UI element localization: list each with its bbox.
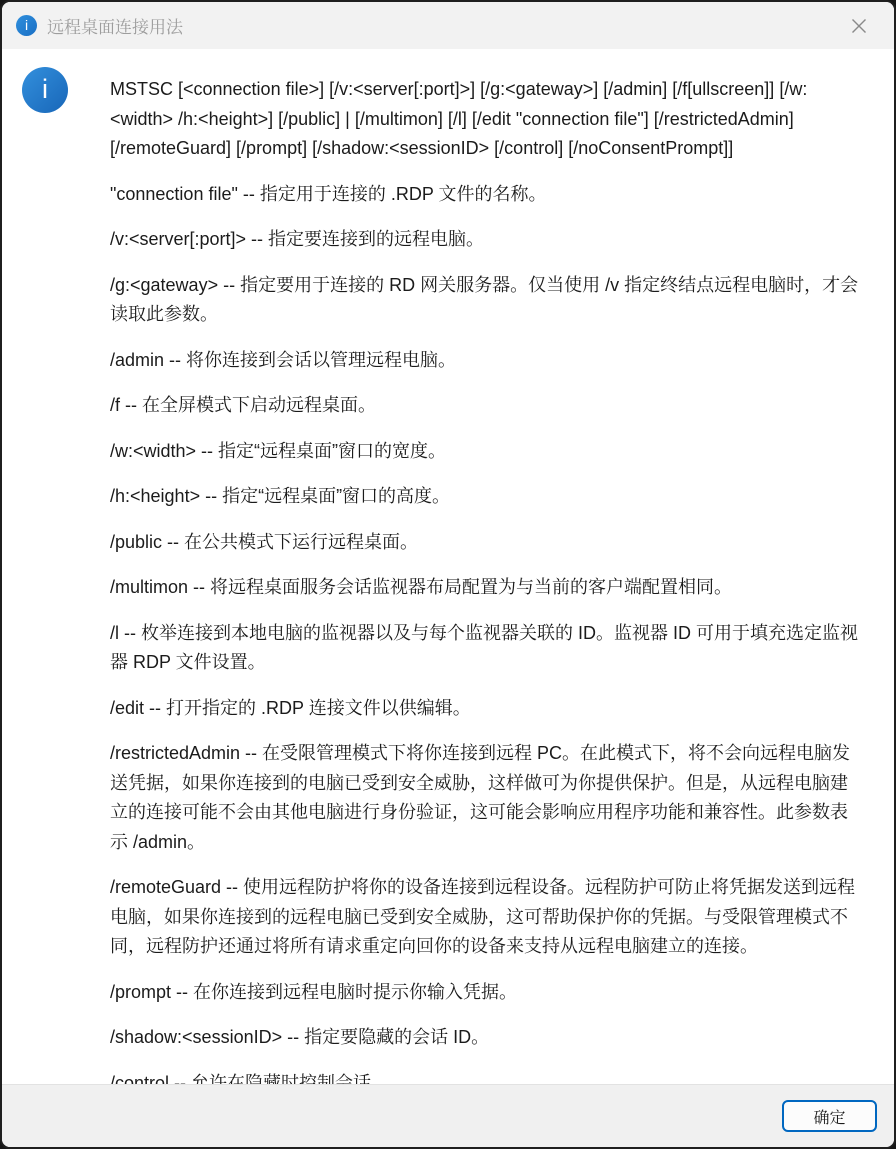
parameter-description: /edit -- 打开指定的 .RDP 连接文件以供编辑。 (110, 694, 864, 724)
titlebar: i 远程桌面连接用法 (2, 2, 894, 49)
close-button[interactable] (830, 2, 888, 49)
footer: 确定 (2, 1084, 894, 1147)
dialog-body: i MSTSC [<connection file>] [/v:<server[… (2, 49, 894, 1084)
parameter-description: /h:<height> -- 指定“远程桌面”窗口的高度。 (110, 482, 864, 512)
parameter-description: /remoteGuard -- 使用远程防护将你的设备连接到远程设备。远程防护可… (110, 873, 864, 962)
parameter-description: /multimon -- 将远程桌面服务会话监视器布局配置为与当前的客户端配置相… (110, 573, 864, 603)
parameter-description: /g:<gateway> -- 指定要用于连接的 RD 网关服务器。仅当使用 /… (110, 271, 864, 330)
parameter-description: /shadow:<sessionID> -- 指定要隐藏的会话 ID。 (110, 1023, 864, 1053)
parameter-description: /restrictedAdmin -- 在受限管理模式下将你连接到远程 PC。在… (110, 739, 864, 857)
dialog-window: i 远程桌面连接用法 i MSTSC [<connection file>] [… (0, 0, 896, 1149)
close-icon (851, 18, 867, 34)
parameter-description: /control -- 允许在隐藏时控制会话。 (110, 1069, 864, 1085)
parameter-description: /v:<server[:port]> -- 指定要连接到的远程电脑。 (110, 225, 864, 255)
info-icon-small: i (16, 15, 37, 36)
parameter-description: /prompt -- 在你连接到远程电脑时提示你输入凭据。 (110, 978, 864, 1008)
parameter-description: /public -- 在公共模式下运行远程桌面。 (110, 528, 864, 558)
parameter-description: "connection file" -- 指定用于连接的 .RDP 文件的名称。 (110, 180, 864, 210)
parameter-description: /f -- 在全屏模式下启动远程桌面。 (110, 391, 864, 421)
parameter-description: /l -- 枚举连接到本地电脑的监视器以及与每个监视器关联的 ID。监视器 ID… (110, 619, 864, 678)
usage-syntax: MSTSC [<connection file>] [/v:<server[:p… (110, 75, 864, 164)
window-title: 远程桌面连接用法 (47, 13, 183, 38)
parameter-list: "connection file" -- 指定用于连接的 .RDP 文件的名称。… (110, 180, 864, 1085)
parameter-description: /w:<width> -- 指定“远程桌面”窗口的宽度。 (110, 437, 864, 467)
info-icon: i (22, 67, 68, 113)
ok-button[interactable]: 确定 (782, 1100, 877, 1132)
help-text: MSTSC [<connection file>] [/v:<server[:p… (2, 49, 894, 1084)
parameter-description: /admin -- 将你连接到会话以管理远程电脑。 (110, 346, 864, 376)
